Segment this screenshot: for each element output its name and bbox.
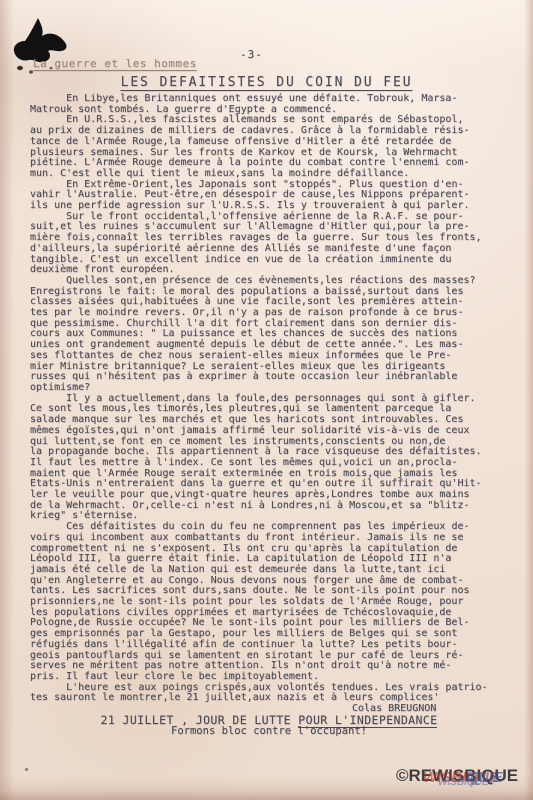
paragraph: Ces défaitistes du coin du feu ne compre… — [30, 522, 508, 683]
paragraph: Il y a actuellement,dans la foule,des pe… — [30, 394, 508, 522]
scanned-document-page: -3- La guerre et les hommes LES DEFAITIS… — [0, 0, 533, 800]
paragraph: Sur le front occidental,l'offensive aéri… — [30, 212, 508, 276]
paragraph: En Extrême-Orient,les Japonais sont "sto… — [30, 180, 508, 212]
page-number: -3- — [240, 48, 263, 61]
paper-speck — [25, 768, 28, 771]
watermark: ©REWISBIQUE WISBIQUE IQUE WISBIQUE — [396, 764, 526, 790]
watermark-sub-overlay: WISBIQUE — [438, 777, 489, 788]
article-body: En Libye,les Britanniques ont essuyé une… — [30, 94, 508, 738]
paragraph: En U.R.S.S.,les fascistes allemands se s… — [30, 115, 508, 179]
paragraph: En Libye,les Britanniques ont essuyé une… — [30, 94, 508, 115]
closing-slogan: Formons bloc contre l'occupant! — [30, 726, 508, 737]
section-label: La guerre et les hommes — [33, 57, 197, 70]
paragraph: L'heure est aux poings crispés,aux volon… — [30, 683, 508, 704]
paragraph: Quelles sont,en présence de ces évènemen… — [30, 276, 508, 394]
article-title: LES DEFAITISTES DU COIN DU FEU — [0, 75, 533, 90]
ink-blot-stain — [11, 18, 69, 80]
